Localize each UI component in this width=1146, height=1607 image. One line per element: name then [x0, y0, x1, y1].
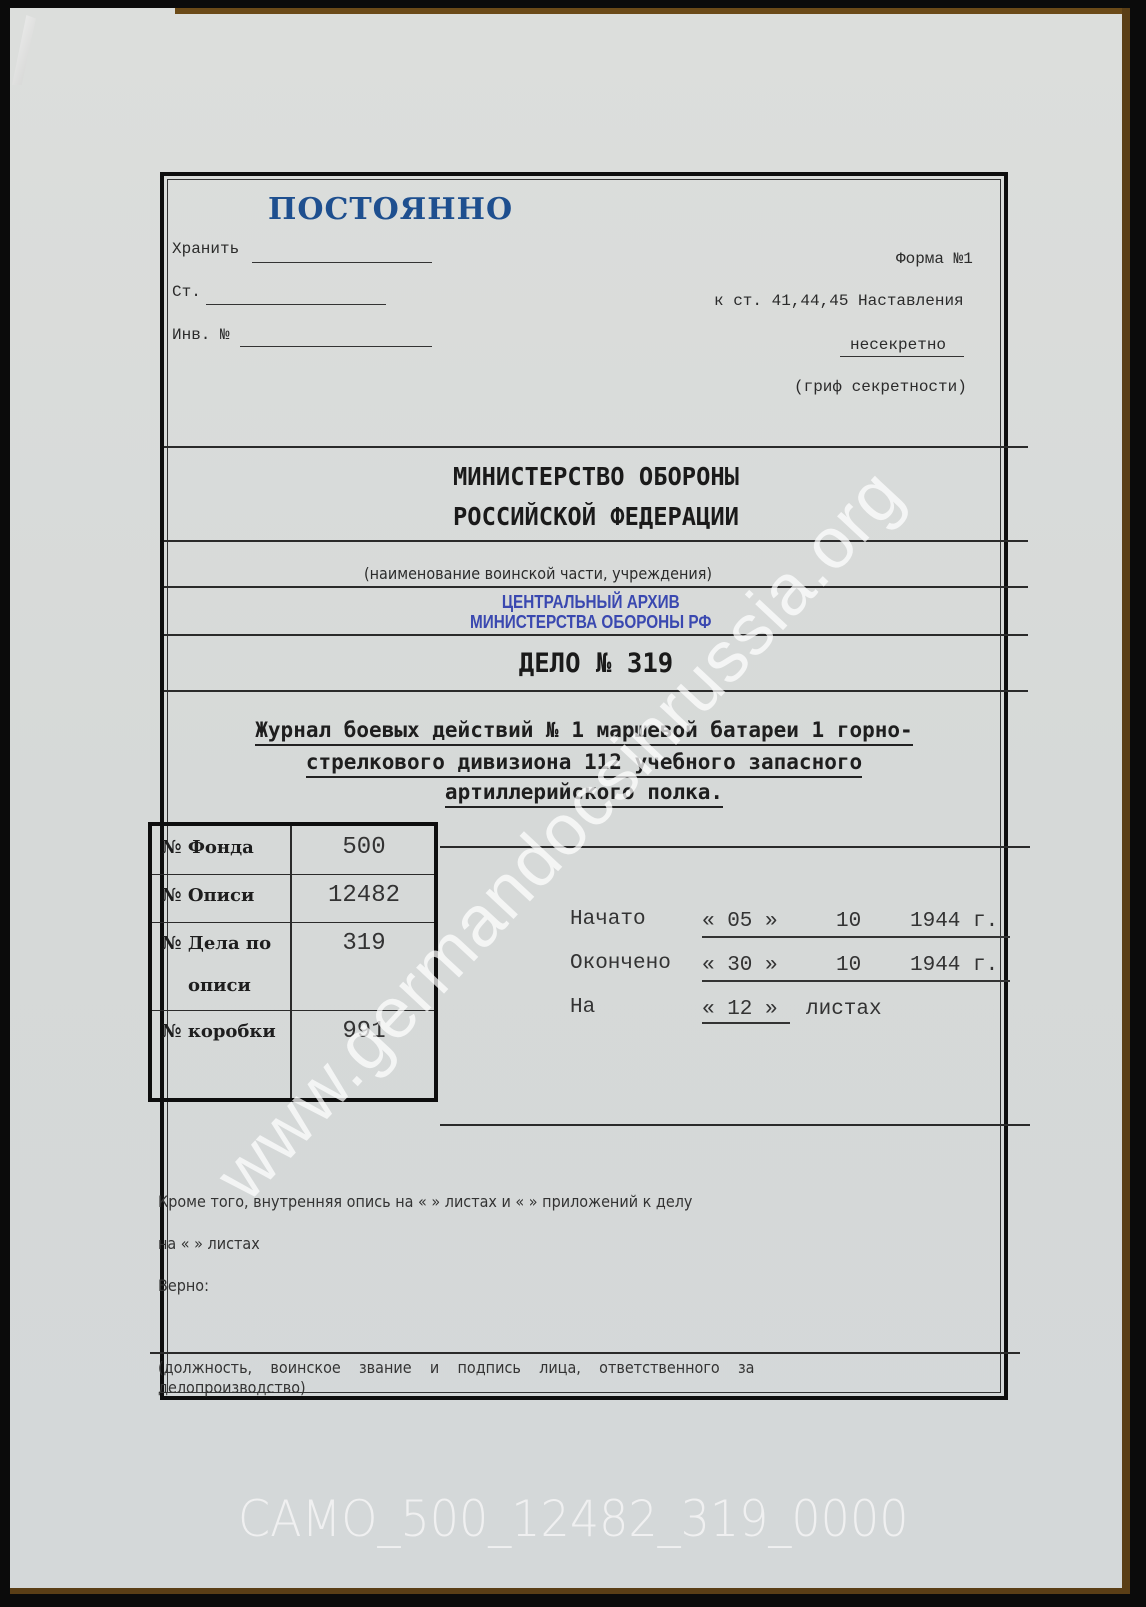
started-day: « 05 » [702, 910, 778, 933]
classification-caption: (гриф секретности) [794, 378, 967, 396]
scan-edge-top [175, 8, 1125, 14]
box-number-label: № коробки [162, 1010, 276, 1054]
inventory-row: № Описи 12482 [152, 874, 434, 923]
case-number-label-line-2: описи [188, 964, 251, 1008]
verified-label: Верно: [158, 1276, 209, 1295]
finished-month: 10 [836, 954, 861, 977]
started-month: 10 [836, 910, 861, 933]
organization-caption: (наименование воинской части, учреждения… [364, 564, 712, 583]
inventory-number-label: № Описи [162, 874, 254, 918]
finished-label: Окончено [570, 952, 671, 975]
divider [164, 634, 1028, 636]
classification-line [840, 356, 964, 357]
started-underline [702, 936, 1010, 938]
inventory-number-value: 12482 [294, 874, 434, 918]
started-year: 1944 г. [910, 910, 998, 933]
scan-edge-right [1122, 8, 1130, 1594]
article-label: Ст. [172, 283, 201, 301]
divider [164, 586, 1028, 588]
store-field-line [252, 262, 432, 263]
archive-stamp-line-2: МИНИСТЕРСТВА ОБОРОНЫ РФ [470, 612, 711, 632]
inventory-label: Инв. № [172, 326, 230, 344]
inventory-field-line [240, 346, 432, 347]
scan-identifier: CAMO_500_12482_319_0000 [238, 1490, 908, 1548]
classification-value: несекретно [850, 336, 946, 354]
permanent-storage-stamp: ПОСТОЯННО [268, 192, 513, 227]
finished-year: 1944 г. [910, 954, 998, 977]
started-label: Начато [570, 908, 646, 931]
fund-label: № Фонда [162, 826, 254, 870]
fund-value: 500 [294, 826, 434, 870]
sheets-note: на « » листах [158, 1234, 260, 1253]
finished-underline [702, 980, 1010, 982]
archive-stamp-line-1: ЦЕНТРАЛЬНЫЙ АРХИВ [470, 592, 711, 612]
scan-edge-bottom [10, 1588, 1130, 1594]
case-number-label-line-1: № Дела по [162, 922, 271, 966]
fund-row: № Фонда 500 [152, 826, 434, 875]
signature-line [150, 1352, 1020, 1354]
article-field-line [206, 304, 386, 305]
store-label: Хранить [172, 240, 239, 258]
form-number: Форма №1 [896, 250, 973, 268]
signature-caption-line-1: (должность, воинское звание и подпись ли… [158, 1358, 754, 1377]
divider [440, 1124, 1030, 1126]
finished-day: « 30 » [702, 954, 778, 977]
description-line-1: Журнал боевых действий № 1 маршевой бата… [255, 718, 912, 746]
signature-caption-line-2: делопроизводство) [158, 1378, 306, 1397]
articles-reference: к ст. 41,44,45 Наставления [714, 292, 964, 310]
case-title: ДЕЛО № 319 [186, 648, 1007, 679]
sheets-count: « 12 » [702, 998, 778, 1021]
sheets-underline [702, 1022, 790, 1024]
central-archive-stamp: ЦЕНТРАЛЬНЫЙ АРХИВ МИНИСТЕРСТВА ОБОРОНЫ Р… [470, 592, 711, 632]
divider [164, 446, 1028, 448]
sheets-suffix: листах [806, 998, 882, 1021]
divider [164, 690, 1028, 692]
divider [164, 540, 1028, 542]
sheets-label: На [570, 996, 595, 1019]
